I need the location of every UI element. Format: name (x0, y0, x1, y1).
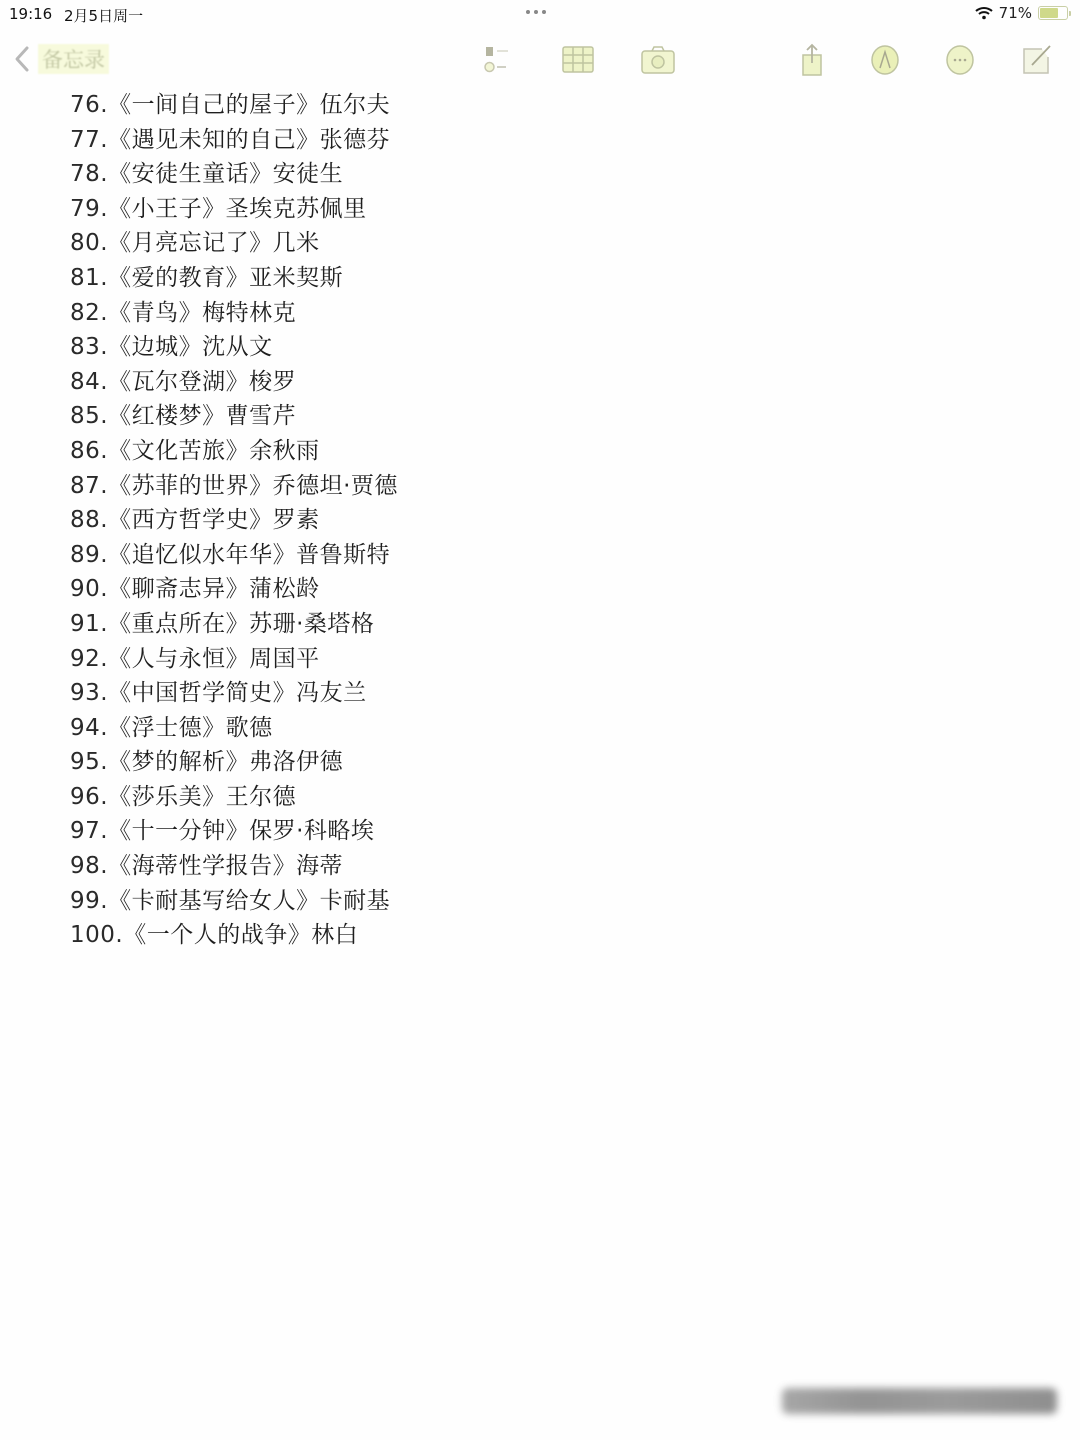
checklist-icon (480, 43, 516, 77)
share-icon (794, 43, 830, 77)
back-label: 备忘录 (38, 44, 109, 74)
blurred-watermark (782, 1388, 1057, 1414)
list-item: 93.《中国哲学简史》冯友兰 (70, 676, 398, 711)
table-icon (560, 43, 596, 77)
list-item: 78.《安徒生童话》安徒生 (70, 157, 398, 192)
list-item: 77.《遇见未知的自己》张德芬 (70, 123, 398, 158)
list-item: 76.《一间自己的屋子》伍尔夫 (70, 88, 398, 123)
list-item: 83.《边城》沈从文 (70, 330, 398, 365)
list-item: 99.《卡耐基写给女人》卡耐基 (70, 884, 398, 919)
list-item: 86.《文化苦旅》余秋雨 (70, 434, 398, 469)
list-item: 89.《追忆似水年华》普鲁斯特 (70, 538, 398, 573)
list-item: 95.《梦的解析》弗洛伊德 (70, 745, 398, 780)
list-item: 96.《莎乐美》王尔德 (70, 780, 398, 815)
note-body[interactable]: 76.《一间自己的屋子》伍尔夫 77.《遇见未知的自己》张德芬 78.《安徒生童… (70, 88, 398, 953)
more-icon (942, 43, 978, 77)
multitasking-handle-icon[interactable] (526, 10, 546, 14)
list-item: 100.《一个人的战争》林白 (70, 918, 398, 953)
camera-icon (640, 43, 676, 77)
compose-icon (1018, 43, 1054, 77)
list-item: 79.《小王子》圣埃克苏佩里 (70, 192, 398, 227)
list-item: 88.《西方哲学史》罗素 (70, 503, 398, 538)
battery-icon (1038, 6, 1068, 20)
compose-button[interactable] (1016, 42, 1056, 78)
list-item: 91.《重点所在》苏珊·桑塔格 (70, 607, 398, 642)
list-item: 90.《聊斋志异》蒲松龄 (70, 572, 398, 607)
notes-screen: 19:16 2月5日周一 71% 备忘录 (0, 0, 1080, 1440)
list-item: 94.《浮士德》歌德 (70, 711, 398, 746)
status-time: 19:16 (9, 5, 52, 23)
list-item: 81.《爱的教育》亚米契斯 (70, 261, 398, 296)
back-button[interactable]: 备忘录 (14, 44, 109, 74)
status-date: 2月5日周一 (64, 5, 143, 26)
checklist-button[interactable] (478, 42, 518, 78)
list-item: 98.《海蒂性学报告》海蒂 (70, 849, 398, 884)
list-item: 80.《月亮忘记了》几米 (70, 226, 398, 261)
wifi-icon (975, 6, 993, 20)
list-item: 92.《人与永恒》周国平 (70, 642, 398, 677)
share-button[interactable] (792, 42, 832, 78)
camera-button[interactable] (638, 42, 678, 78)
table-button[interactable] (558, 42, 598, 78)
list-item: 82.《青鸟》梅特林克 (70, 296, 398, 331)
status-indicators: 71% (975, 4, 1068, 22)
markup-pen-icon (867, 43, 903, 77)
list-item: 84.《瓦尔登湖》梭罗 (70, 365, 398, 400)
chevron-left-icon (14, 45, 30, 73)
list-item: 97.《十一分钟》保罗·科略埃 (70, 814, 398, 849)
list-item: 87.《苏菲的世界》乔德坦·贾德 (70, 469, 398, 504)
more-button[interactable] (940, 42, 980, 78)
markup-button[interactable] (865, 42, 905, 78)
list-item: 85.《红楼梦》曹雪芹 (70, 399, 398, 434)
status-bar: 19:16 2月5日周一 71% (0, 0, 1080, 28)
battery-percent: 71% (999, 4, 1032, 22)
notes-toolbar: 备忘录 (0, 36, 1080, 86)
